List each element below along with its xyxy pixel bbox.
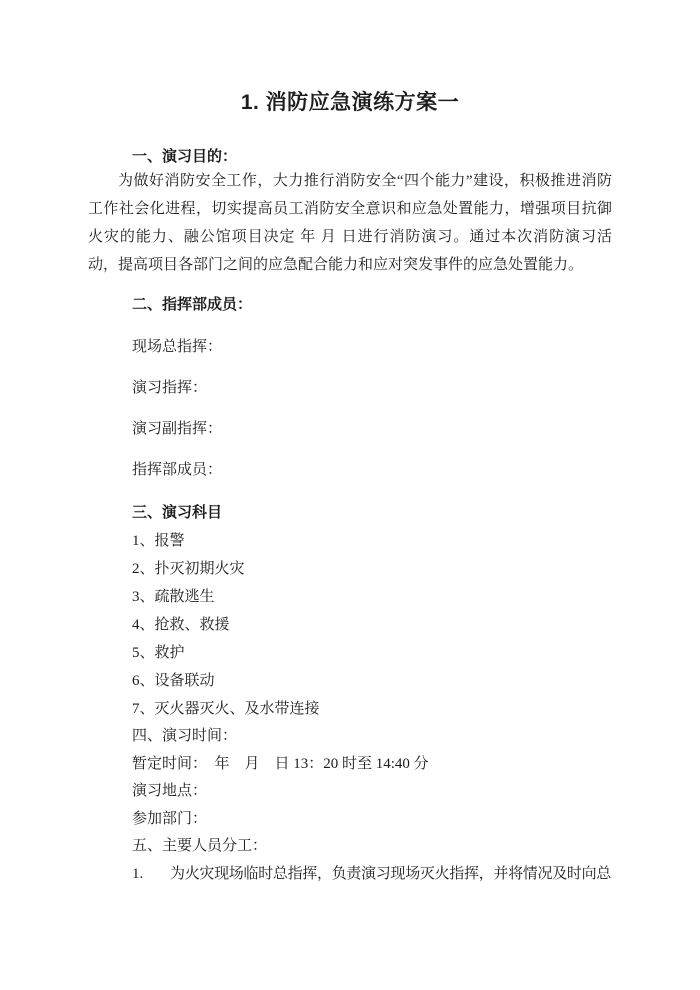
drill-subject-item: 1、报警	[132, 527, 612, 555]
assignment-item: 1.为火灾现场临时总指挥，负责演习现场灭火指挥，并将情况及时向总	[132, 861, 612, 889]
deputy-commander-label: 演习副指挥：	[132, 415, 612, 443]
purpose-paragraph-line: 工作社会化进程，切实提高员工消防安全意识和应急处置能力，增强项目抗御	[88, 195, 612, 223]
tentative-time-line: 暂定时间： 年 月 日 13：20 时至 14:40 分	[132, 751, 612, 779]
purpose-paragraph-line: 火灾的能力、融公馆项目决定 年 月 日进行消防演习。通过本次消防演习活	[88, 223, 612, 251]
time-and-assignment-block: 四、演习时间： 暂定时间： 年 月 日 13：20 时至 14:40 分 演习地…	[88, 723, 612, 888]
purpose-paragraph-line: 为做好消防安全工作，大力推行消防安全“四个能力”建设，积极推进消防	[88, 167, 612, 195]
drill-subject-item: 5、救护	[132, 639, 612, 667]
document-title: 1. 消防应急演练方案一	[88, 89, 612, 117]
assignment-item-text: 为火灾现场临时总指挥，负责演习现场灭火指挥，并将情况及时向总	[170, 866, 611, 882]
drill-subject-item: 4、抢救、救援	[132, 611, 612, 639]
purpose-paragraph: 为做好消防安全工作，大力推行消防安全“四个能力”建设，积极推进消防 工作社会化进…	[88, 167, 612, 279]
drill-location-label: 演习地点：	[132, 778, 612, 806]
drill-commander-label: 演习指挥：	[132, 374, 612, 402]
hq-members-label: 指挥部成员：	[132, 456, 612, 484]
site-commander-label: 现场总指挥：	[132, 333, 612, 361]
participating-departments-label: 参加部门：	[132, 806, 612, 834]
drill-subject-item: 3、疏散逃生	[132, 583, 612, 611]
section-4-heading: 四、演习时间：	[132, 723, 612, 751]
section-2-heading: 二、指挥部成员：	[132, 291, 612, 319]
assignment-item-number: 1.	[132, 861, 170, 889]
drill-subject-item: 2、扑灭初期火灾	[132, 555, 612, 583]
drill-subject-item: 6、设备联动	[132, 667, 612, 695]
section-5-heading: 五、主要人员分工：	[132, 833, 612, 861]
drill-subject-item: 7、灭火器灭火、及水带连接	[132, 695, 612, 723]
purpose-paragraph-line: 动，提高项目各部门之间的应急配合能力和应对突发事件的应急处置能力。	[88, 251, 612, 279]
section-3-heading: 三、演习科目	[132, 499, 612, 527]
document-page: 1. 消防应急演练方案一 一、演习目的： 为做好消防安全工作，大力推行消防安全“…	[0, 0, 700, 990]
